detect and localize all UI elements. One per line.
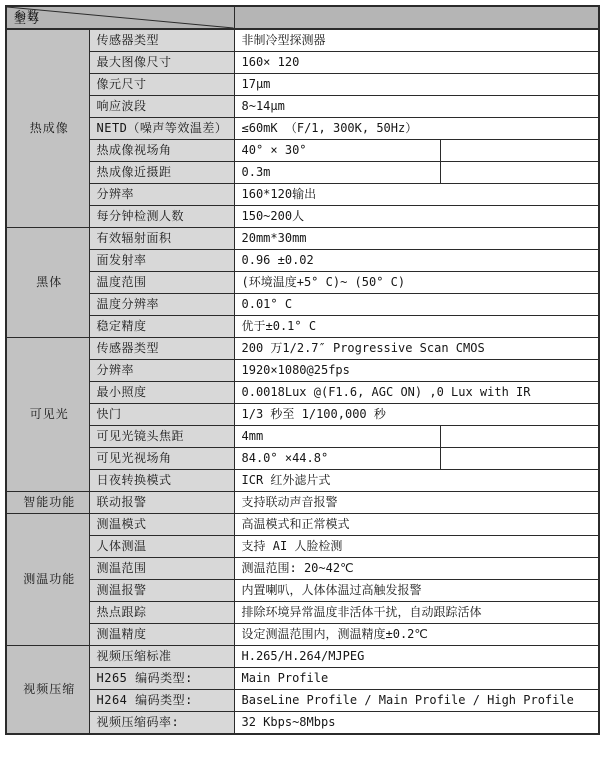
header-diagonal-cell: 型号 参数 <box>6 6 234 29</box>
header-value-cell <box>234 6 599 29</box>
spec-row: 黑体有效辐射面积20mm*30mm <box>6 228 599 250</box>
param-name: 测温报警 <box>89 580 234 602</box>
category-cell-temperature-measurement: 测温功能 <box>6 514 89 646</box>
spec-row: 可见光传感器类型200 万1/2.7″ Progressive Scan CMO… <box>6 338 599 360</box>
param-name: 传感器类型 <box>89 29 234 52</box>
spec-row: 温度分辨率0.01° C <box>6 294 599 316</box>
spec-row: 测温精度设定测温范围内，测温精度±0.2℃ <box>6 624 599 646</box>
spec-row: 最大图像尺寸160× 120 <box>6 52 599 74</box>
param-name: 最大图像尺寸 <box>89 52 234 74</box>
spec-sheet-page: { "colors": { "header_bg": "#b5b5b5", "c… <box>0 0 606 768</box>
param-name: 联动报警 <box>89 492 234 514</box>
param-value: 0.01° C <box>234 294 599 316</box>
param-value: 160× 120 <box>234 52 599 74</box>
param-value: 排除环境异常温度非活体干扰，自动跟踪活体 <box>234 602 599 624</box>
spec-row: 日夜转换模式ICR 红外滤片式 <box>6 470 599 492</box>
param-name: H265 编码类型: <box>89 668 234 690</box>
param-value: 84.0° ×44.8° <box>234 448 440 470</box>
spec-row: 分辨率160*120输出 <box>6 184 599 206</box>
param-value: 优于±0.1° C <box>234 316 599 338</box>
param-name: 可见光镜头焦距 <box>89 426 234 448</box>
spec-row: 热成像传感器类型非制冷型探测器 <box>6 29 599 52</box>
param-value: 1/3 秒至 1/100,000 秒 <box>234 404 599 426</box>
spec-row: H265 编码类型:Main Profile <box>6 668 599 690</box>
spec-row: 热成像近摄距0.3m <box>6 162 599 184</box>
spec-table: 型号 参数 热成像传感器类型非制冷型探测器最大图像尺寸160× 120像元尺寸1… <box>5 5 600 735</box>
param-value: 内置喇叭，人体体温过高触发报警 <box>234 580 599 602</box>
param-name: 分辨率 <box>89 184 234 206</box>
param-value: BaseLine Profile / Main Profile / High P… <box>234 690 599 712</box>
param-name: 有效辐射面积 <box>89 228 234 250</box>
param-name: 稳定精度 <box>89 316 234 338</box>
param-name: 像元尺寸 <box>89 74 234 96</box>
param-value: 160*120输出 <box>234 184 599 206</box>
spec-row: 可见光视场角84.0° ×44.8° <box>6 448 599 470</box>
param-value: 0.0018Lux @(F1.6, AGC ON) ,0 Lux with IR <box>234 382 599 404</box>
param-name: 最小照度 <box>89 382 234 404</box>
param-value: Main Profile <box>234 668 599 690</box>
spec-row: 分辨率1920×1080@25fps <box>6 360 599 382</box>
spec-row: 最小照度0.0018Lux @(F1.6, AGC ON) ,0 Lux wit… <box>6 382 599 404</box>
param-name: 测温范围 <box>89 558 234 580</box>
param-value: ICR 红外滤片式 <box>234 470 599 492</box>
param-name: 测温精度 <box>89 624 234 646</box>
spec-row: 视频压缩码率:32 Kbps~8Mbps <box>6 712 599 735</box>
param-value: 200 万1/2.7″ Progressive Scan CMOS <box>234 338 599 360</box>
category-cell-thermal-imaging: 热成像 <box>6 29 89 228</box>
param-name: H264 编码类型: <box>89 690 234 712</box>
param-value: 40° × 30° <box>234 140 440 162</box>
spec-row: 可见光镜头焦距4mm <box>6 426 599 448</box>
spec-row: 每分钟检测人数150~200人 <box>6 206 599 228</box>
param-value: 支持 AI 人脸检测 <box>234 536 599 558</box>
param-value-extra-cell <box>440 162 599 184</box>
param-name: 响应波段 <box>89 96 234 118</box>
param-name: 视频压缩标准 <box>89 646 234 668</box>
spec-row: 测温范围测温范围: 20~42℃ <box>6 558 599 580</box>
category-cell-visible-light: 可见光 <box>6 338 89 492</box>
param-name: 热点跟踪 <box>89 602 234 624</box>
param-value-extra-cell <box>440 140 599 162</box>
param-name: 热成像近摄距 <box>89 162 234 184</box>
param-value: (环境温度+5° C)~ (50° C) <box>234 272 599 294</box>
param-value: 设定测温范围内，测温精度±0.2℃ <box>234 624 599 646</box>
spec-row: 温度范围(环境温度+5° C)~ (50° C) <box>6 272 599 294</box>
param-name: 面发射率 <box>89 250 234 272</box>
param-value: 1920×1080@25fps <box>234 360 599 382</box>
param-name: 温度分辨率 <box>89 294 234 316</box>
param-value-extra-cell <box>440 448 599 470</box>
param-name: 可见光视场角 <box>89 448 234 470</box>
param-name: 每分钟检测人数 <box>89 206 234 228</box>
spec-row: H264 编码类型:BaseLine Profile / Main Profil… <box>6 690 599 712</box>
param-name: 传感器类型 <box>89 338 234 360</box>
param-value-extra-cell <box>440 426 599 448</box>
param-name: 测温模式 <box>89 514 234 536</box>
spec-row: 面发射率0.96 ±0.02 <box>6 250 599 272</box>
param-value: ≤60mK （F/1, 300K, 50Hz） <box>234 118 599 140</box>
category-cell-blackbody: 黑体 <box>6 228 89 338</box>
param-value: 20mm*30mm <box>234 228 599 250</box>
category-cell-smart-functions: 智能功能 <box>6 492 89 514</box>
spec-row: 响应波段8~14μm <box>6 96 599 118</box>
spec-sheet: 型号 参数 热成像传感器类型非制冷型探测器最大图像尺寸160× 120像元尺寸1… <box>5 5 600 735</box>
param-value: 4mm <box>234 426 440 448</box>
param-value: 0.3m <box>234 162 440 184</box>
param-value: 17μm <box>234 74 599 96</box>
param-value: 8~14μm <box>234 96 599 118</box>
spec-row: 稳定精度优于±0.1° C <box>6 316 599 338</box>
header-param-label: 参数 <box>14 9 40 24</box>
param-name: 人体测温 <box>89 536 234 558</box>
param-value: 150~200人 <box>234 206 599 228</box>
param-value: 支持联动声音报警 <box>234 492 599 514</box>
spec-row: 人体测温支持 AI 人脸检测 <box>6 536 599 558</box>
param-name: 分辨率 <box>89 360 234 382</box>
diagonal-line-icon <box>7 7 234 28</box>
spec-row: NETD（噪声等效温差）≤60mK （F/1, 300K, 50Hz） <box>6 118 599 140</box>
spec-row: 视频压缩视频压缩标准H.265/H.264/MJPEG <box>6 646 599 668</box>
param-name: NETD（噪声等效温差） <box>89 118 234 140</box>
param-value: 0.96 ±0.02 <box>234 250 599 272</box>
param-value: 测温范围: 20~42℃ <box>234 558 599 580</box>
param-name: 温度范围 <box>89 272 234 294</box>
param-name: 快门 <box>89 404 234 426</box>
param-name: 热成像视场角 <box>89 140 234 162</box>
param-value: H.265/H.264/MJPEG <box>234 646 599 668</box>
spec-row: 测温报警内置喇叭，人体体温过高触发报警 <box>6 580 599 602</box>
spec-row: 快门1/3 秒至 1/100,000 秒 <box>6 404 599 426</box>
spec-row: 测温功能测温模式高温模式和正常模式 <box>6 514 599 536</box>
spec-row: 像元尺寸17μm <box>6 74 599 96</box>
category-cell-video-compression: 视频压缩 <box>6 646 89 735</box>
param-value: 高温模式和正常模式 <box>234 514 599 536</box>
spec-row: 热成像视场角40° × 30° <box>6 140 599 162</box>
spec-row: 热点跟踪排除环境异常温度非活体干扰，自动跟踪活体 <box>6 602 599 624</box>
param-value: 32 Kbps~8Mbps <box>234 712 599 735</box>
param-name: 日夜转换模式 <box>89 470 234 492</box>
spec-row: 智能功能联动报警支持联动声音报警 <box>6 492 599 514</box>
param-value: 非制冷型探测器 <box>234 29 599 52</box>
param-name: 视频压缩码率: <box>89 712 234 735</box>
header-row: 型号 参数 <box>6 6 599 29</box>
